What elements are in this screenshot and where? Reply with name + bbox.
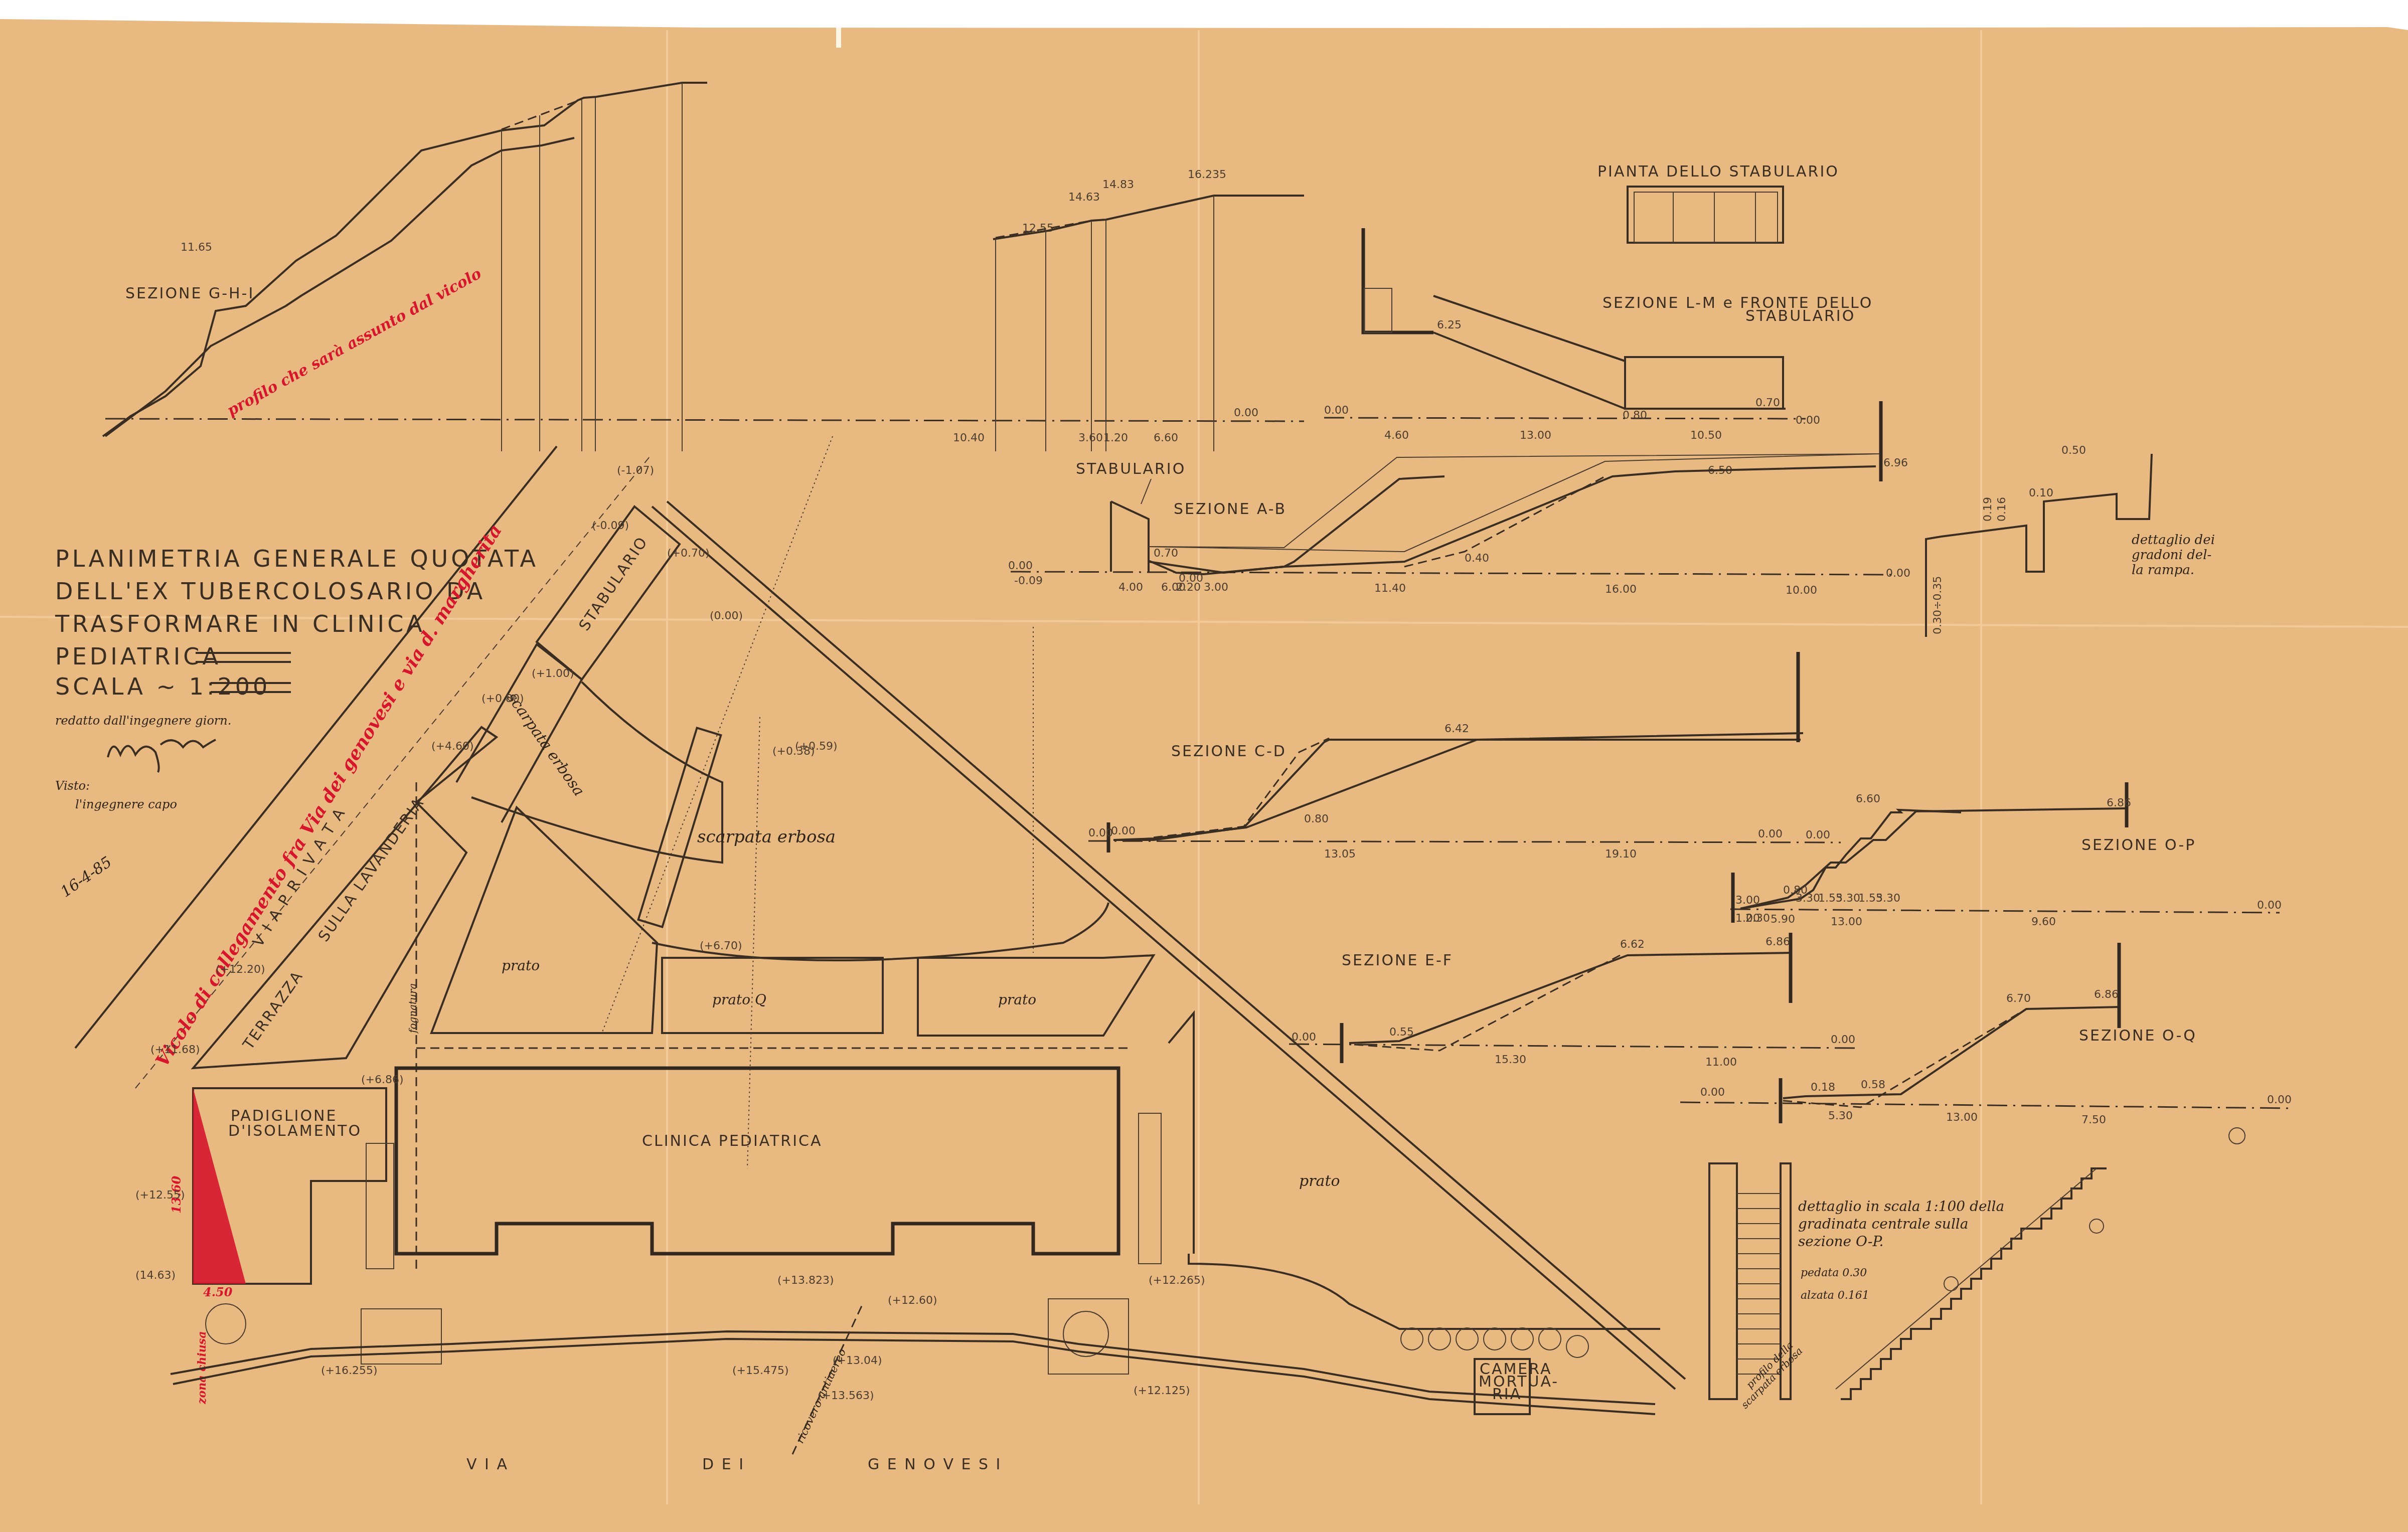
stabulario-pointer-label: STABULARIO bbox=[1076, 460, 1186, 478]
ramp-caption-3: la rampa. bbox=[2132, 563, 2194, 578]
section-cd-label: SEZIONE C-D bbox=[1171, 743, 1287, 760]
spot-level: (+0.80) bbox=[481, 693, 524, 705]
ef-dim-15-30: 15.30 bbox=[1495, 1054, 1526, 1066]
oq-level-6-70: 6.70 bbox=[2006, 992, 2031, 1005]
red-dim-4-50: 4.50 bbox=[203, 1285, 233, 1299]
lm-dim-10-50: 10.50 bbox=[1690, 429, 1722, 442]
section-oq-label: SEZIONE O-Q bbox=[2079, 1027, 2197, 1045]
spot-level: (+13.04) bbox=[833, 1354, 882, 1367]
prato-label-2: prato Q bbox=[712, 991, 766, 1008]
cd-level-0-80: 0.80 bbox=[1304, 813, 1329, 825]
level-14-83: 14.83 bbox=[1102, 179, 1134, 191]
spot-level: (+13.823) bbox=[777, 1274, 834, 1287]
ab-level-6-96: 6.96 bbox=[1883, 457, 1908, 469]
op-dim-9-60: 9.60 bbox=[2031, 916, 2056, 928]
ab-dim-3: 3.00 bbox=[1204, 581, 1228, 594]
oq-level-0-00: 0.00 bbox=[2267, 1094, 2292, 1106]
spot-level: (+12.265) bbox=[1149, 1274, 1205, 1287]
street-via: V I A bbox=[466, 1456, 509, 1473]
title-line-2: DELL'EX TUBERCOLOSARIO DA bbox=[55, 578, 486, 605]
ab-dim-4: 4.00 bbox=[1118, 581, 1143, 594]
title-line-4: PEDIATRICA bbox=[55, 643, 221, 670]
lm-dim-4-60: 4.60 bbox=[1384, 429, 1409, 442]
ab-dim-2-20: 2.20 bbox=[1176, 581, 1201, 594]
section-ef-label: SEZIONE E-F bbox=[1342, 952, 1453, 969]
dim-1-20: 1.20 bbox=[1103, 432, 1128, 444]
level-0-00: 0.00 bbox=[1234, 407, 1258, 419]
drawing-canvas: PLANIMETRIA GENERALE QUOTATA DELL'EX TUB… bbox=[0, 0, 2408, 1532]
spot-level: (+12.55) bbox=[135, 1189, 185, 1202]
section-lm-label-2: STABULARIO bbox=[1745, 307, 1855, 325]
ef-level-0-00: 0.00 bbox=[1831, 1034, 1855, 1046]
spot-level: (-1.07) bbox=[617, 464, 654, 477]
op-dim-3-30b: 3.30 bbox=[1836, 892, 1860, 905]
lm-level-0-70: 0.70 bbox=[1755, 397, 1780, 409]
op-level-0: 0.00 bbox=[1758, 828, 1783, 840]
ab-dim-16: 16.00 bbox=[1605, 583, 1637, 596]
lm-level-6-25: 6.25 bbox=[1437, 319, 1462, 331]
ab-dim-11-40: 11.40 bbox=[1374, 582, 1406, 595]
cd-dim-19-10: 19.10 bbox=[1605, 848, 1637, 861]
ef-level-6-86: 6.86 bbox=[1765, 936, 1790, 948]
oq-dim-5-30: 5.30 bbox=[1828, 1110, 1853, 1122]
prato-label-4: prato bbox=[1299, 1172, 1340, 1190]
prato-label-1: prato bbox=[502, 957, 540, 974]
oq-level-0-58: 0.58 bbox=[1861, 1079, 1885, 1091]
op-dim-3-30a: 3.30 bbox=[1796, 892, 1820, 905]
section-ghi-label: SEZIONE G-H-I bbox=[125, 285, 254, 302]
ab-level-m009: -0.09 bbox=[1014, 575, 1043, 587]
spot-level: (+6.86) bbox=[361, 1074, 404, 1086]
spot-level: (0.00) bbox=[710, 610, 743, 622]
spot-level: (+13.563) bbox=[818, 1390, 874, 1402]
op-level-6-86: 6.86 bbox=[2107, 797, 2131, 809]
spot-level: (+15.475) bbox=[732, 1365, 789, 1377]
op-dim-3-30c: 3.30 bbox=[1876, 892, 1900, 905]
lm-level-0-00: 0.00 bbox=[1796, 414, 1820, 427]
spot-level: (-0.09) bbox=[592, 520, 629, 532]
lm-level-0: 0.00 bbox=[1324, 404, 1349, 417]
gradinata-caption-3: sezione O-P. bbox=[1798, 1233, 1884, 1250]
spot-level: (+11.68) bbox=[150, 1044, 200, 1056]
dim-3-60: 3.60 bbox=[1078, 432, 1103, 444]
spot-level: (+16.255) bbox=[321, 1365, 378, 1377]
level-16-235: 16.235 bbox=[1188, 168, 1226, 181]
oq-dim-7-50: 7.50 bbox=[2081, 1114, 2106, 1126]
visto-label: Visto: bbox=[55, 779, 90, 793]
ramp-caption-2: gradoni del- bbox=[2132, 548, 2211, 563]
cd-level-0-00: 0.00 bbox=[1806, 829, 1830, 841]
drafted-by: redatto dall'ingegnere giorn. bbox=[55, 714, 231, 728]
dim-10-40: 10.40 bbox=[953, 432, 985, 444]
title-line-3: TRASFORMARE IN CLINICA bbox=[55, 610, 425, 637]
pedata-label: pedata 0.30 bbox=[1801, 1267, 1867, 1279]
spot-level: (+12.20) bbox=[216, 963, 265, 976]
prato-label-3: prato bbox=[998, 991, 1036, 1008]
ramp-caption-1: dettaglio dei bbox=[2132, 533, 2215, 548]
clinica-label: CLINICA PEDIATRICA bbox=[642, 1132, 822, 1150]
ab-level-0: 0.00 bbox=[1008, 560, 1033, 572]
spot-level: (+12.60) bbox=[888, 1294, 937, 1307]
dim-6-60: 6.60 bbox=[1154, 432, 1178, 444]
oq-level-0-18: 0.18 bbox=[1811, 1081, 1835, 1094]
section-ab-label: SEZIONE A-B bbox=[1174, 500, 1287, 518]
lm-dim-13-00: 13.00 bbox=[1520, 429, 1551, 442]
street-dei: D E I bbox=[702, 1456, 745, 1473]
ab-level-0-40: 0.40 bbox=[1465, 552, 1489, 565]
street-genovesi: G E N O V E S I bbox=[868, 1456, 1002, 1473]
ef-dim-11: 11.00 bbox=[1705, 1056, 1737, 1069]
ramp-dim-0-50: 0.50 bbox=[2061, 444, 2086, 457]
level-11-65: 11.65 bbox=[181, 241, 212, 254]
stabulario-plan-label: PIANTA DELLO STABULARIO bbox=[1597, 163, 1839, 181]
oq-level-6-86: 6.86 bbox=[2094, 988, 2119, 1001]
spot-level: (14.63) bbox=[135, 1269, 176, 1282]
op-level-3: 3.00 bbox=[1735, 894, 1760, 907]
level-14-63: 14.63 bbox=[1068, 191, 1100, 204]
alzata-label: alzata 0.161 bbox=[1801, 1289, 1869, 1302]
scale-label: SCALA ~ 1:200 bbox=[55, 673, 270, 700]
spot-level: (+0.70) bbox=[667, 547, 710, 560]
paper-background bbox=[0, 19, 2408, 1532]
cd-level-0b: 0.00 bbox=[1111, 825, 1136, 837]
gradinata-caption-1: dettaglio in scala 1:100 della bbox=[1798, 1198, 2004, 1215]
spot-level: (+1.00) bbox=[532, 667, 574, 680]
spot-level: (+12.125) bbox=[1134, 1385, 1190, 1397]
lm-level-0-80: 0.80 bbox=[1623, 409, 1647, 422]
op-level-6-60: 6.60 bbox=[1856, 793, 1880, 805]
cd-level-0: 0.00 bbox=[1088, 827, 1113, 839]
chief-engineer-label: l'ingegnere capo bbox=[75, 797, 177, 811]
scarpata-label-2: scarpata erbosa bbox=[697, 827, 836, 847]
section-op-label: SEZIONE O-P bbox=[2081, 836, 2196, 854]
ramp-dim-0-30: 0.30÷0.35 bbox=[1932, 576, 1944, 634]
oq-dim-13: 13.00 bbox=[1946, 1111, 1978, 1124]
ramp-dim-0-10: 0.10 bbox=[2029, 487, 2053, 499]
cd-level-6-42: 6.42 bbox=[1444, 723, 1469, 735]
spot-level: (+4.60) bbox=[431, 740, 474, 753]
ef-level-6-62: 6.62 bbox=[1620, 938, 1645, 951]
op-dim-2-30: 2.30 bbox=[1745, 912, 1770, 925]
op-dim-5-90: 5.90 bbox=[1771, 913, 1795, 926]
ab-dim-10: 10.00 bbox=[1786, 584, 1817, 597]
spot-level: (+6.70) bbox=[700, 940, 742, 952]
ab-level-0-70: 0.70 bbox=[1154, 547, 1178, 560]
ef-level-0-55: 0.55 bbox=[1389, 1026, 1414, 1039]
cd-dim-13-05: 13.05 bbox=[1324, 848, 1356, 861]
ramp-dim-0-16: 0.16 bbox=[1996, 497, 2008, 522]
ramp-dim-0-19: 0.19 bbox=[1982, 497, 1994, 522]
gradinata-caption-2: gradinata centrale sulla bbox=[1798, 1216, 1969, 1232]
ab-level-0-00c: 0.00 bbox=[1886, 567, 1910, 580]
spot-level: (+0.59) bbox=[795, 740, 838, 753]
op-dim-13: 13.00 bbox=[1831, 916, 1862, 928]
op-level-0-00: 0.00 bbox=[2257, 899, 2282, 912]
architectural-drawing-sheet: PLANIMETRIA GENERALE QUOTATA DELL'EX TUB… bbox=[0, 0, 2408, 1532]
oq-level-0: 0.00 bbox=[1700, 1086, 1725, 1099]
padiglione-label-2: D'ISOLAMENTO bbox=[228, 1122, 362, 1140]
